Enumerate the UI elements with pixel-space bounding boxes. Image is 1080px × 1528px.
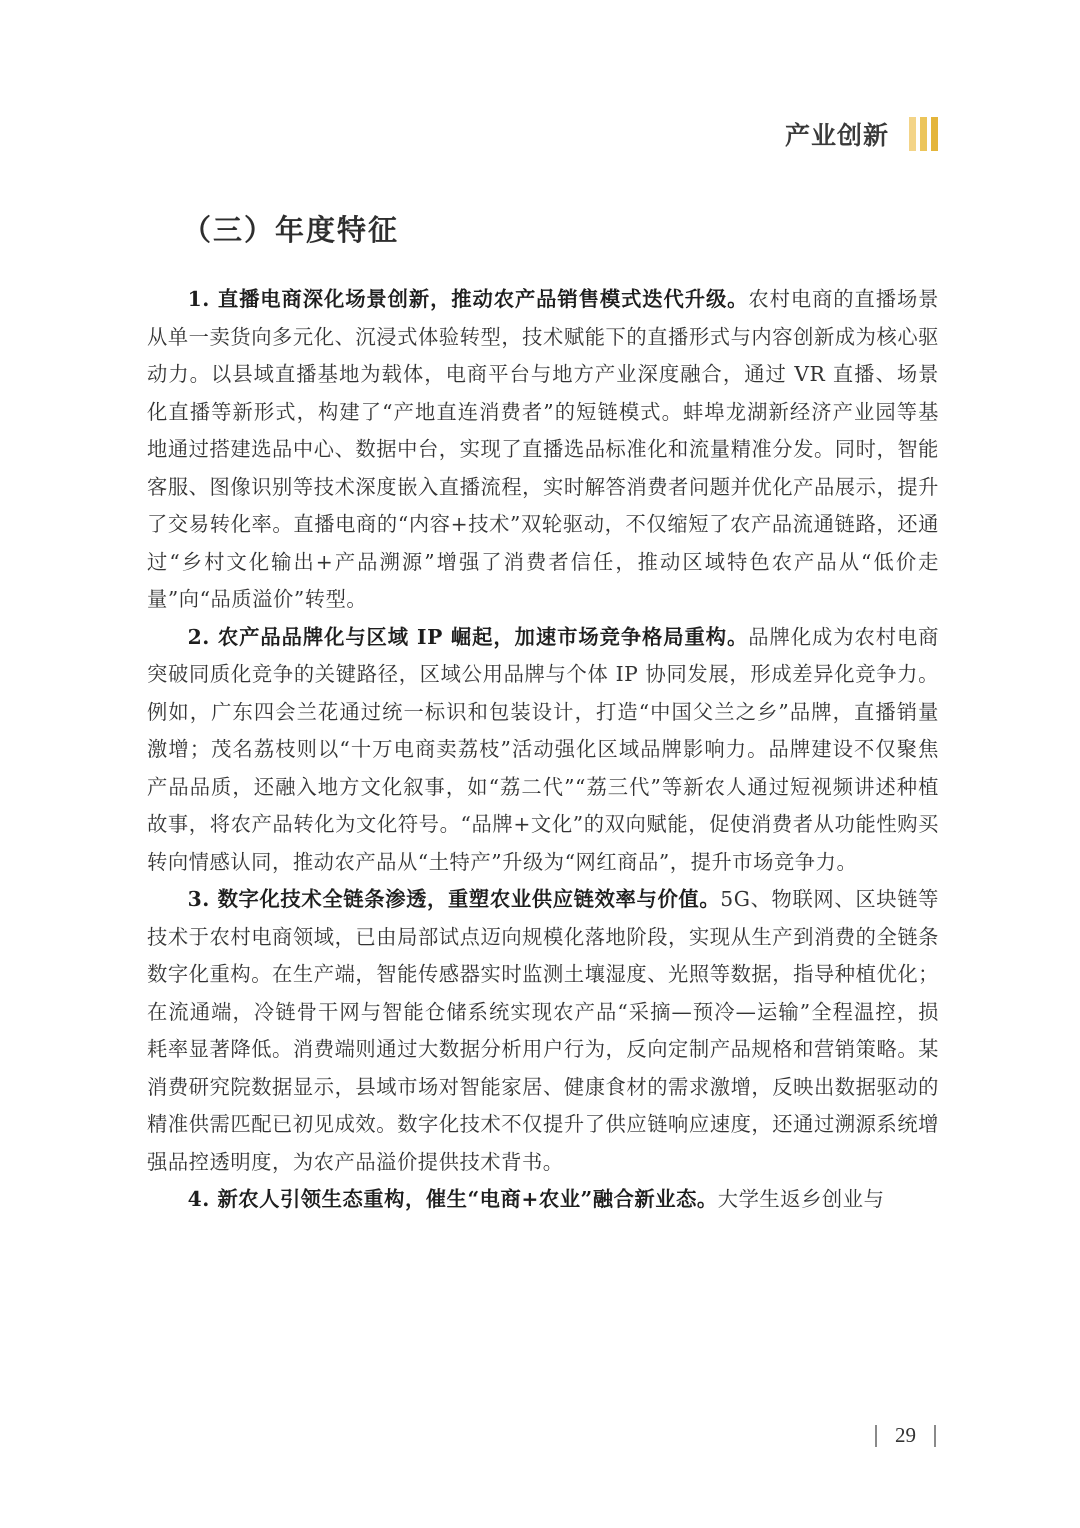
running-header: 产业创新 — [785, 116, 938, 152]
page-footer: 29 — [875, 1423, 936, 1448]
paragraph-4: 4. 新农人引领生态重构，催生“电商+农业”融合新业态。大学生返乡创业与 — [147, 1181, 939, 1219]
paragraph-lead: 4. 新农人引领生态重构，催生“电商+农业”融合新业态。 — [188, 1187, 718, 1211]
paragraph-body: 品牌化成为农村电商突破同质化竞争的关键路径，区域公用品牌与个体 IP 协同发展，… — [147, 625, 939, 874]
paragraph-lead: 1. 直播电商深化场景创新，推动农产品销售模式迭代升级。 — [188, 287, 749, 311]
body-text: 1. 直播电商深化场景创新，推动农产品销售模式迭代升级。农村电商的直播场景从单一… — [147, 281, 939, 1219]
separator-left — [875, 1425, 877, 1447]
paragraph-lead: 2. 农产品品牌化与区域 IP 崛起，加速市场竞争格局重构。 — [188, 625, 749, 649]
chapter-title: 产业创新 — [785, 116, 889, 152]
bar-3 — [931, 117, 938, 151]
bar-1 — [909, 117, 916, 151]
section-title: （三）年度特征 — [182, 208, 399, 249]
paragraph-body: 农村电商的直播场景从单一卖货向多元化、沉浸式体验转型，技术赋能下的直播形式与内容… — [147, 287, 939, 611]
decorative-bars-icon — [909, 117, 938, 151]
bar-2 — [920, 117, 927, 151]
paragraph-lead: 3. 数字化技术全链条渗透，重塑农业供应链效率与价值。 — [188, 887, 721, 911]
paragraph-1: 1. 直播电商深化场景创新，推动农产品销售模式迭代升级。农村电商的直播场景从单一… — [147, 281, 939, 619]
paragraph-2: 2. 农产品品牌化与区域 IP 崛起，加速市场竞争格局重构。品牌化成为农村电商突… — [147, 619, 939, 882]
paragraph-3: 3. 数字化技术全链条渗透，重塑农业供应链效率与价值。5G、物联网、区块链等技术… — [147, 881, 939, 1181]
paragraph-body: 5G、物联网、区块链等技术于农村电商领域，已由局部试点迈向规模化落地阶段，实现从… — [147, 887, 939, 1174]
separator-right — [934, 1425, 936, 1447]
paragraph-body: 大学生返乡创业与 — [718, 1187, 885, 1211]
page-number: 29 — [895, 1423, 916, 1448]
